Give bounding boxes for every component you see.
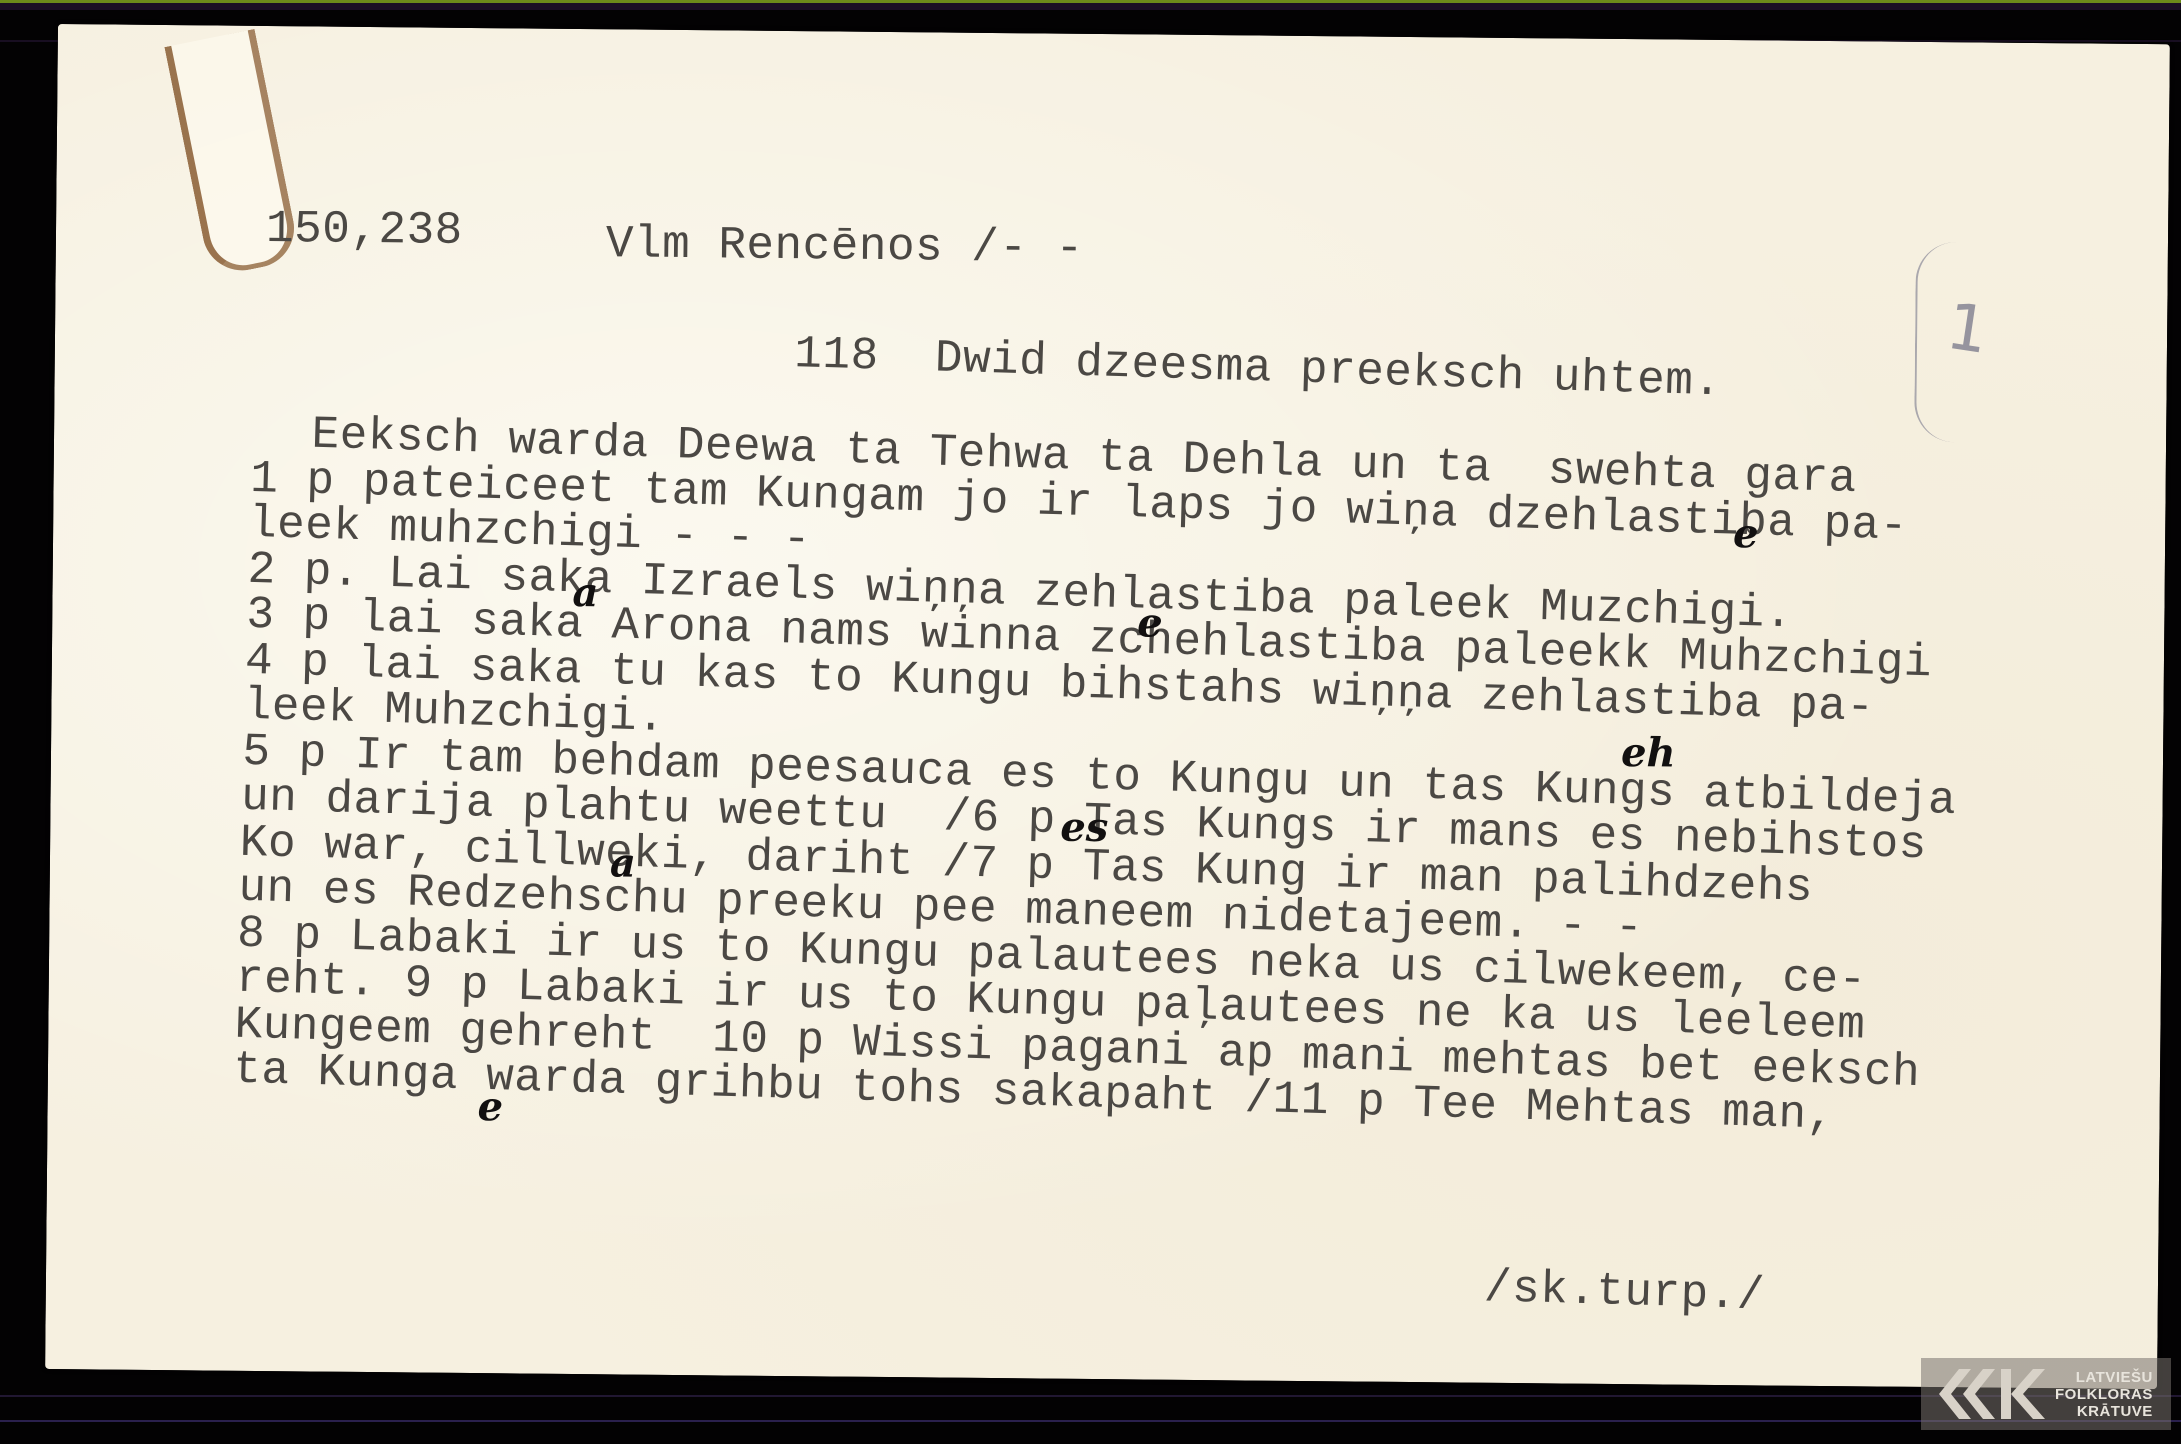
watermark-line: LATVIEŠU [2055, 1369, 2153, 1386]
watermark-line: FOLKLORAS [2055, 1386, 2153, 1403]
ink-correction: eh [1621, 729, 1676, 777]
lfk-logo-icon [1929, 1364, 2049, 1424]
place-of-recording: Vlm Rencēnos /- - [606, 221, 1084, 272]
ink-correction: es [1060, 804, 1108, 851]
archive-watermark: LATVIEŠU FOLKLORAS KRĀTUVE [1921, 1358, 2171, 1430]
watermark-text: LATVIEŠU FOLKLORAS KRĀTUVE [2055, 1369, 2153, 1420]
ink-correction: a [572, 569, 598, 616]
scan-artifact-line [0, 1395, 2181, 1397]
song-title: 118 Dwid dzeesma preeksch uhtem. [794, 331, 1722, 405]
scan-artifact-line [0, 1420, 2181, 1422]
ink-correction: e [477, 1083, 503, 1130]
song-text: Eeksch warda Deewa ta Tehwa ta Dehla un … [233, 411, 1966, 1143]
watermark-line: KRĀTUVE [2055, 1403, 2153, 1420]
ink-correction: e [1137, 599, 1163, 646]
ink-correction: e [1733, 510, 1759, 557]
continuation-note: /sk.turp./ [1483, 1265, 1765, 1319]
archive-card: 150,238 Vlm Rencēnos /- - 1 118 Dwid dze… [45, 24, 2170, 1389]
ink-correction: a [610, 839, 636, 886]
collection-number: 150,238 [266, 206, 463, 254]
scanned-document-view: 150,238 Vlm Rencēnos /- - 1 118 Dwid dze… [0, 0, 2181, 1444]
